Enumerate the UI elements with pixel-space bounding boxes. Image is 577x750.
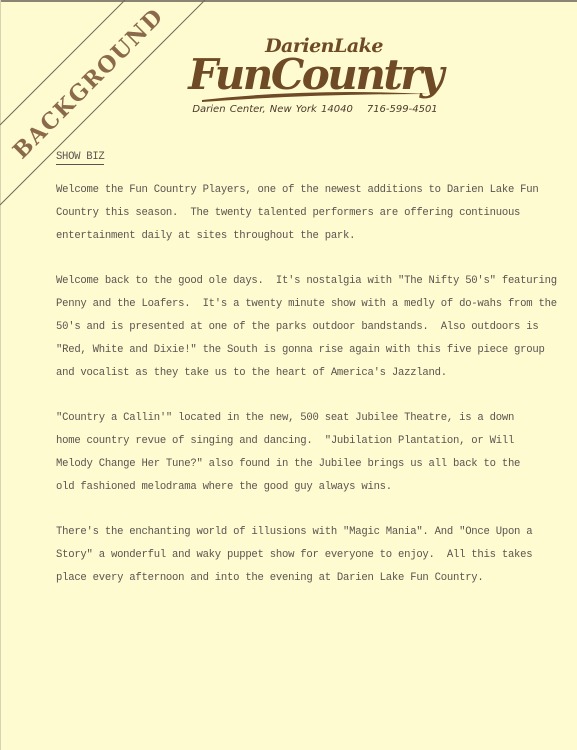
phone-text: 716-599-4501 [367,104,438,115]
document-body: SHOW BIZ Welcome the Fun Country Players… [56,146,556,612]
paragraph-line: 50's and is presented at one of the park… [56,316,556,339]
letterhead-logo: DarienLake FunCountry Darien Center, New… [180,36,450,115]
background-stamp-text: BACKGROUND [8,3,169,164]
paragraph-line: Country this season. The twenty talented… [56,202,556,225]
paragraph-line: Story" a wonderful and waky puppet show … [56,544,556,567]
paragraph-line: Welcome the Fun Country Players, one of … [56,179,556,202]
paragraph: Welcome back to the good ole days. It's … [56,270,556,385]
section-title: SHOW BIZ [56,150,104,165]
paragraph: Welcome the Fun Country Players, one of … [56,179,556,248]
paragraph-line: entertainment daily at sites throughout … [56,225,556,248]
paragraph-list: Welcome the Fun Country Players, one of … [56,179,556,590]
paragraph-line: home country revue of singing and dancin… [56,430,556,453]
brand-main-text: FunCountry [180,54,450,96]
paragraph-line: Welcome back to the good ole days. It's … [56,270,556,293]
paragraph: There's the enchanting world of illusion… [56,521,556,590]
paragraph-line: Penny and the Loafers. It's a twenty min… [56,293,556,316]
paragraph: "Country a Callin'" located in the new, … [56,407,556,499]
paragraph-line: "Country a Callin'" located in the new, … [56,407,556,430]
paragraph-line: There's the enchanting world of illusion… [56,521,556,544]
paragraph-line: "Red, White and Dixie!" the South is gon… [56,339,556,362]
paragraph-line: old fashioned melodrama where the good g… [56,476,556,499]
paragraph-line: place every afternoon and into the eveni… [56,567,556,590]
paragraph-line: and vocalist as they take us to the hear… [56,362,556,385]
paragraph-line: Melody Change Her Tune?" also found in t… [56,453,556,476]
letterhead-address-line: Darien Center, New York 14040716-599-450… [180,104,450,115]
address-text: Darien Center, New York 14040 [192,104,353,115]
